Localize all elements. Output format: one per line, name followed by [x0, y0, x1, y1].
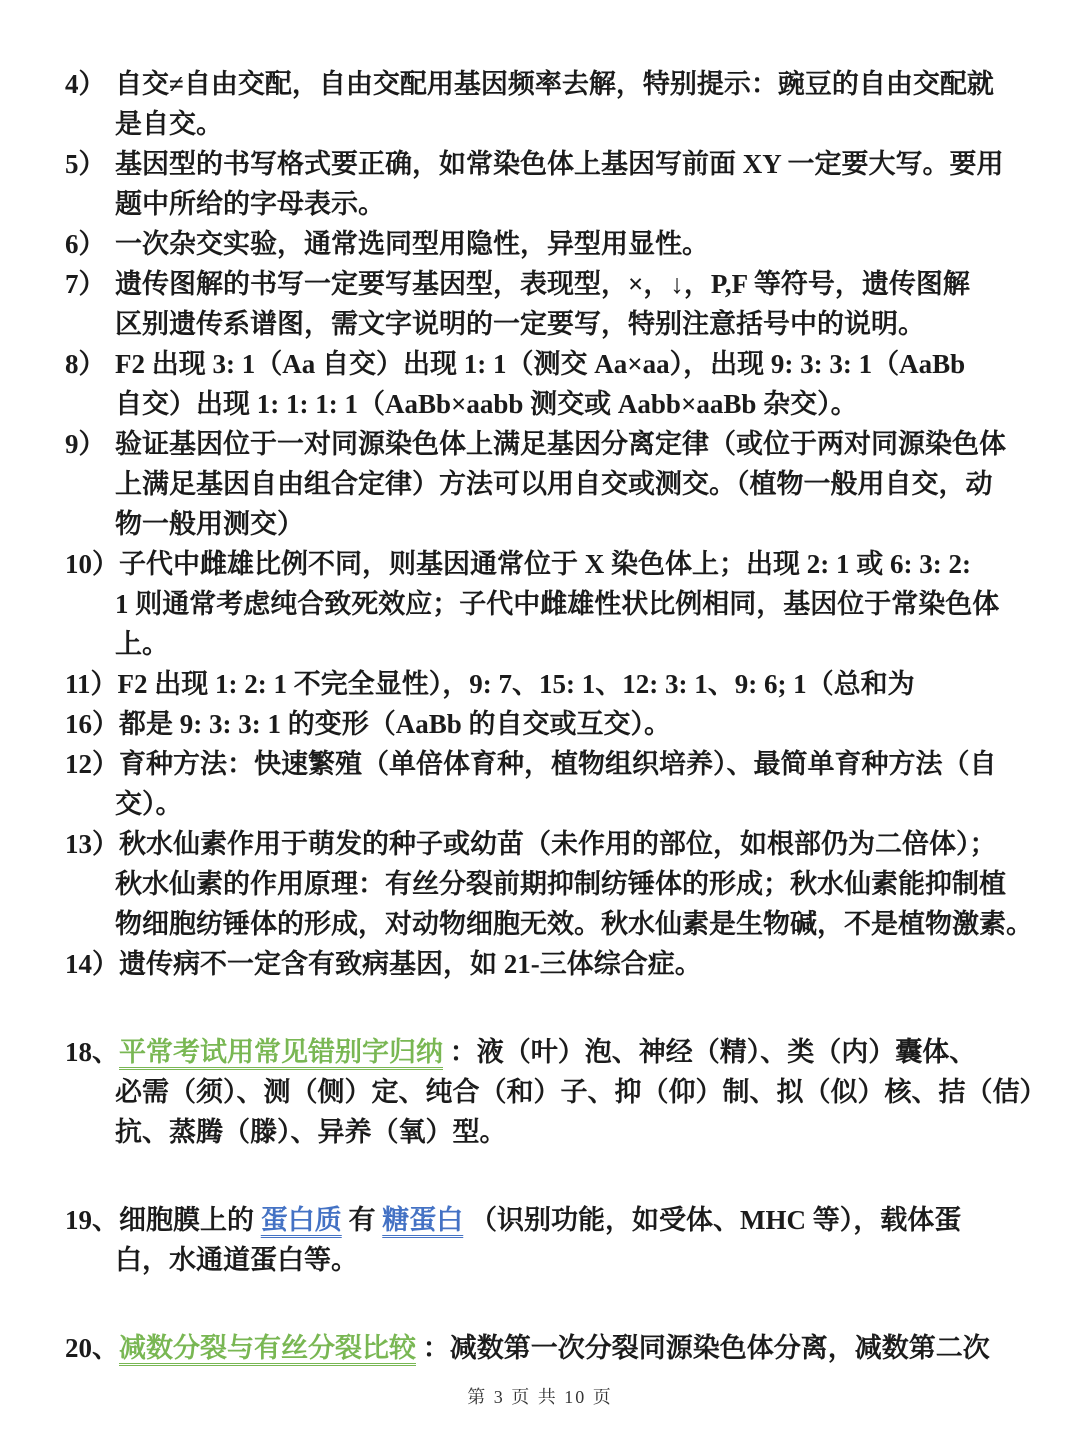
text-line: 13）秋水仙素作用于萌发的种子或幼苗（未作用的部位，如根部仍为二倍体）；: [65, 824, 1040, 864]
text-segment: F2 出现 3: 1（Aa 自交）出现 1: 1（测交 Aa×aa），出现 9:…: [115, 349, 965, 379]
text-line: 20、减数分裂与有丝分裂比较 ：减数第一次分裂同源染色体分离，减数第二次: [65, 1328, 1040, 1368]
item-number: 13）: [65, 824, 119, 864]
text-segment: 细胞膜上的: [119, 1205, 261, 1235]
text-line: 6）一次杂交实验，通常选同型用隐性，异型用显性。: [65, 224, 1040, 264]
item-number: 11）: [65, 664, 118, 704]
text-line: 必需（须）、测（侧）定、纯合（和）子、抑（仰）制、拟（似）核、拮（佶）: [65, 1072, 1040, 1112]
page-number-text: 第 3 页 共 10 页: [467, 1387, 613, 1407]
text-line: 9）验证基因位于一对同源染色体上满足基因分离定律（或位于两对同源染色体: [65, 424, 1040, 464]
list-item: 12）育种方法：快速繁殖（单倍体育种，植物组织培养）、最简单育种方法（自交）。: [65, 744, 1040, 824]
text-line: 12）育种方法：快速繁殖（单倍体育种，植物组织培养）、最简单育种方法（自: [65, 744, 1040, 784]
text-segment: 区别遗传系谱图，需文字说明的一定要写，特别注意括号中的说明。: [115, 309, 925, 339]
list-item: 5）基因型的书写格式要正确，如常染色体上基因写前面 XY 一定要大写。要用题中所…: [65, 144, 1040, 224]
text-line: 1 则通常考虑纯合致死效应；子代中雌雄性状比例相同，基因位于常染色体: [65, 584, 1040, 624]
list-item: 7）遗传图解的书写一定要写基因型，表现型，×，↓，P,F 等符号，遗传图解区别遗…: [65, 264, 1040, 344]
notes-list: 4）自交≠自由交配，自由交配用基因频率去解，特别提示：豌豆的自由交配就是自交。5…: [65, 64, 1040, 1368]
item-number: 5）: [65, 144, 115, 184]
item-number: 19、: [65, 1200, 119, 1240]
blue-highlighted-term: 糖蛋白: [382, 1205, 463, 1235]
text-segment: ：液（叶）泡、神经（精）、类（内）囊体、: [443, 1037, 976, 1067]
text-segment: 自交）出现 1: 1: 1: 1（AaBb×aabb 测交或 Aabb×aaBb…: [115, 389, 858, 419]
text-segment: （识别功能，如受体、MHC 等），载体蛋: [463, 1205, 961, 1235]
item-number: 7）: [65, 264, 115, 304]
text-line: 是自交。: [65, 104, 1040, 144]
text-segment: 一次杂交实验，通常选同型用隐性，异型用显性。: [115, 229, 709, 259]
text-segment: 物细胞纺锤体的形成，对动物细胞无效。秋水仙素是生物碱，不是植物激素。: [115, 909, 1033, 939]
text-segment: 秋水仙素的作用原理：有丝分裂前期抑制纺锤体的形成；秋水仙素能抑制植: [115, 869, 1006, 899]
item-number: 18、: [65, 1032, 119, 1072]
text-line: 5）基因型的书写格式要正确，如常染色体上基因写前面 XY 一定要大写。要用: [65, 144, 1040, 184]
text-segment: 育种方法：快速繁殖（单倍体育种，植物组织培养）、最简单育种方法（自: [119, 749, 997, 779]
text-line: 8）F2 出现 3: 1（Aa 自交）出现 1: 1（测交 Aa×aa），出现 …: [65, 344, 1040, 384]
document-page: 4）自交≠自由交配，自由交配用基因频率去解，特别提示：豌豆的自由交配就是自交。5…: [0, 0, 1080, 1439]
list-item: 13）秋水仙素作用于萌发的种子或幼苗（未作用的部位，如根部仍为二倍体）；秋水仙素…: [65, 824, 1040, 944]
text-segment: 遗传图解的书写一定要写基因型，表现型，×，↓，P,F 等符号，遗传图解: [115, 269, 970, 299]
text-line: 14）遗传病不一定含有致病基因，如 21-三体综合症。: [65, 944, 1040, 984]
text-line: 上。: [65, 624, 1040, 664]
text-segment: 子代中雌雄比例不同，则基因通常位于 X 染色体上；出现 2: 1 或 6: 3:…: [119, 549, 971, 579]
item-number: 12）: [65, 744, 119, 784]
text-segment: 抗、蒸腾（滕）、异养（氧）型。: [115, 1117, 507, 1147]
item-number: 9）: [65, 424, 115, 464]
text-line: 白，水通道蛋白等。: [65, 1240, 1040, 1280]
text-segment: 秋水仙素作用于萌发的种子或幼苗（未作用的部位，如根部仍为二倍体）；: [119, 829, 997, 859]
text-line: 抗、蒸腾（滕）、异养（氧）型。: [65, 1112, 1040, 1152]
list-item: 14）遗传病不一定含有致病基因，如 21-三体综合症。: [65, 944, 1040, 984]
text-segment: 交）。: [115, 789, 183, 819]
text-segment: 基因型的书写格式要正确，如常染色体上基因写前面 XY 一定要大写。要用: [115, 149, 1004, 179]
list-item: 4）自交≠自由交配，自由交配用基因频率去解，特别提示：豌豆的自由交配就是自交。: [65, 64, 1040, 144]
text-segment: 是自交。: [115, 109, 223, 139]
list-item: 20、减数分裂与有丝分裂比较 ：减数第一次分裂同源染色体分离，减数第二次: [65, 1328, 1040, 1368]
text-line: 10）子代中雌雄比例不同，则基因通常位于 X 染色体上；出现 2: 1 或 6:…: [65, 544, 1040, 584]
green-highlighted-term: 减数分裂与有丝分裂比较: [119, 1333, 416, 1363]
text-segment: 自交≠自由交配，自由交配用基因频率去解，特别提示：豌豆的自由交配就: [115, 69, 994, 99]
text-line: 19、细胞膜上的 蛋白质 有 糖蛋白 （识别功能，如受体、MHC 等），载体蛋: [65, 1200, 1040, 1240]
text-segment: 上满足基因自由组合定律）方法可以用自交或测交。（植物一般用自交，动: [115, 469, 993, 499]
text-line: 11）F2 出现 1: 2: 1 不完全显性），9: 7、15: 1、12: 3…: [65, 664, 1040, 704]
blue-highlighted-term: 蛋白质: [261, 1205, 342, 1235]
text-line: 7）遗传图解的书写一定要写基因型，表现型，×，↓，P,F 等符号，遗传图解: [65, 264, 1040, 304]
list-item: 18、平常考试用常见错别字归纳 ：液（叶）泡、神经（精）、类（内）囊体、必需（须…: [65, 1032, 1040, 1152]
text-segment: 上。: [115, 629, 169, 659]
item-number: 14）: [65, 944, 119, 984]
item-number: 16）: [65, 704, 119, 744]
text-line: 18、平常考试用常见错别字归纳 ：液（叶）泡、神经（精）、类（内）囊体、: [65, 1032, 1040, 1072]
text-segment: 验证基因位于一对同源染色体上满足基因分离定律（或位于两对同源染色体: [115, 429, 1006, 459]
text-line: 题中所给的字母表示。: [65, 184, 1040, 224]
text-segment: F2 出现 1: 2: 1 不完全显性），9: 7、15: 1、12: 3: 1…: [118, 669, 915, 699]
text-segment: 题中所给的字母表示。: [115, 189, 385, 219]
text-line: 秋水仙素的作用原理：有丝分裂前期抑制纺锤体的形成；秋水仙素能抑制植: [65, 864, 1040, 904]
list-item: 11）F2 出现 1: 2: 1 不完全显性），9: 7、15: 1、12: 3…: [65, 664, 1040, 744]
text-line: 区别遗传系谱图，需文字说明的一定要写，特别注意括号中的说明。: [65, 304, 1040, 344]
item-number: 8）: [65, 344, 115, 384]
text-line: 物一般用测交）: [65, 504, 1040, 544]
list-item: 8）F2 出现 3: 1（Aa 自交）出现 1: 1（测交 Aa×aa），出现 …: [65, 344, 1040, 424]
list-item: 10）子代中雌雄比例不同，则基因通常位于 X 染色体上；出现 2: 1 或 6:…: [65, 544, 1040, 664]
text-segment: 物一般用测交）: [115, 509, 304, 539]
text-line: 物细胞纺锤体的形成，对动物细胞无效。秋水仙素是生物碱，不是植物激素。: [65, 904, 1040, 944]
text-segment: 必需（须）、测（侧）定、纯合（和）子、抑（仰）制、拟（似）核、拮（佶）: [115, 1077, 1047, 1107]
item-number: 20、: [65, 1328, 119, 1368]
text-segment: 遗传病不一定含有致病基因，如 21-三体综合症。: [119, 949, 702, 979]
item-number: 4）: [65, 64, 115, 104]
text-segment: 白，水通道蛋白等。: [115, 1245, 358, 1275]
list-item: 9）验证基因位于一对同源染色体上满足基因分离定律（或位于两对同源染色体上满足基因…: [65, 424, 1040, 544]
text-segment: 都是 9: 3: 3: 1 的变形（AaBb 的自交或互交）。: [119, 709, 671, 739]
text-segment: 有: [342, 1205, 383, 1235]
list-item: 19、细胞膜上的 蛋白质 有 糖蛋白 （识别功能，如受体、MHC 等），载体蛋白…: [65, 1200, 1040, 1280]
text-line: 4）自交≠自由交配，自由交配用基因频率去解，特别提示：豌豆的自由交配就: [65, 64, 1040, 104]
item-number: 6）: [65, 224, 115, 264]
text-line: 自交）出现 1: 1: 1: 1（AaBb×aabb 测交或 Aabb×aaBb…: [65, 384, 1040, 424]
list-item: 6）一次杂交实验，通常选同型用隐性，异型用显性。: [65, 224, 1040, 264]
text-line: 16）都是 9: 3: 3: 1 的变形（AaBb 的自交或互交）。: [65, 704, 1040, 744]
text-line: 交）。: [65, 784, 1040, 824]
green-highlighted-term: 平常考试用常见错别字归纳: [119, 1037, 443, 1067]
text-segment: ：减数第一次分裂同源染色体分离，减数第二次: [416, 1333, 990, 1363]
page-footer: 第 3 页 共 10 页: [0, 1383, 1080, 1409]
item-number: 10）: [65, 544, 119, 584]
text-line: 上满足基因自由组合定律）方法可以用自交或测交。（植物一般用自交，动: [65, 464, 1040, 504]
text-segment: 1 则通常考虑纯合致死效应；子代中雌雄性状比例相同，基因位于常染色体: [115, 589, 999, 619]
